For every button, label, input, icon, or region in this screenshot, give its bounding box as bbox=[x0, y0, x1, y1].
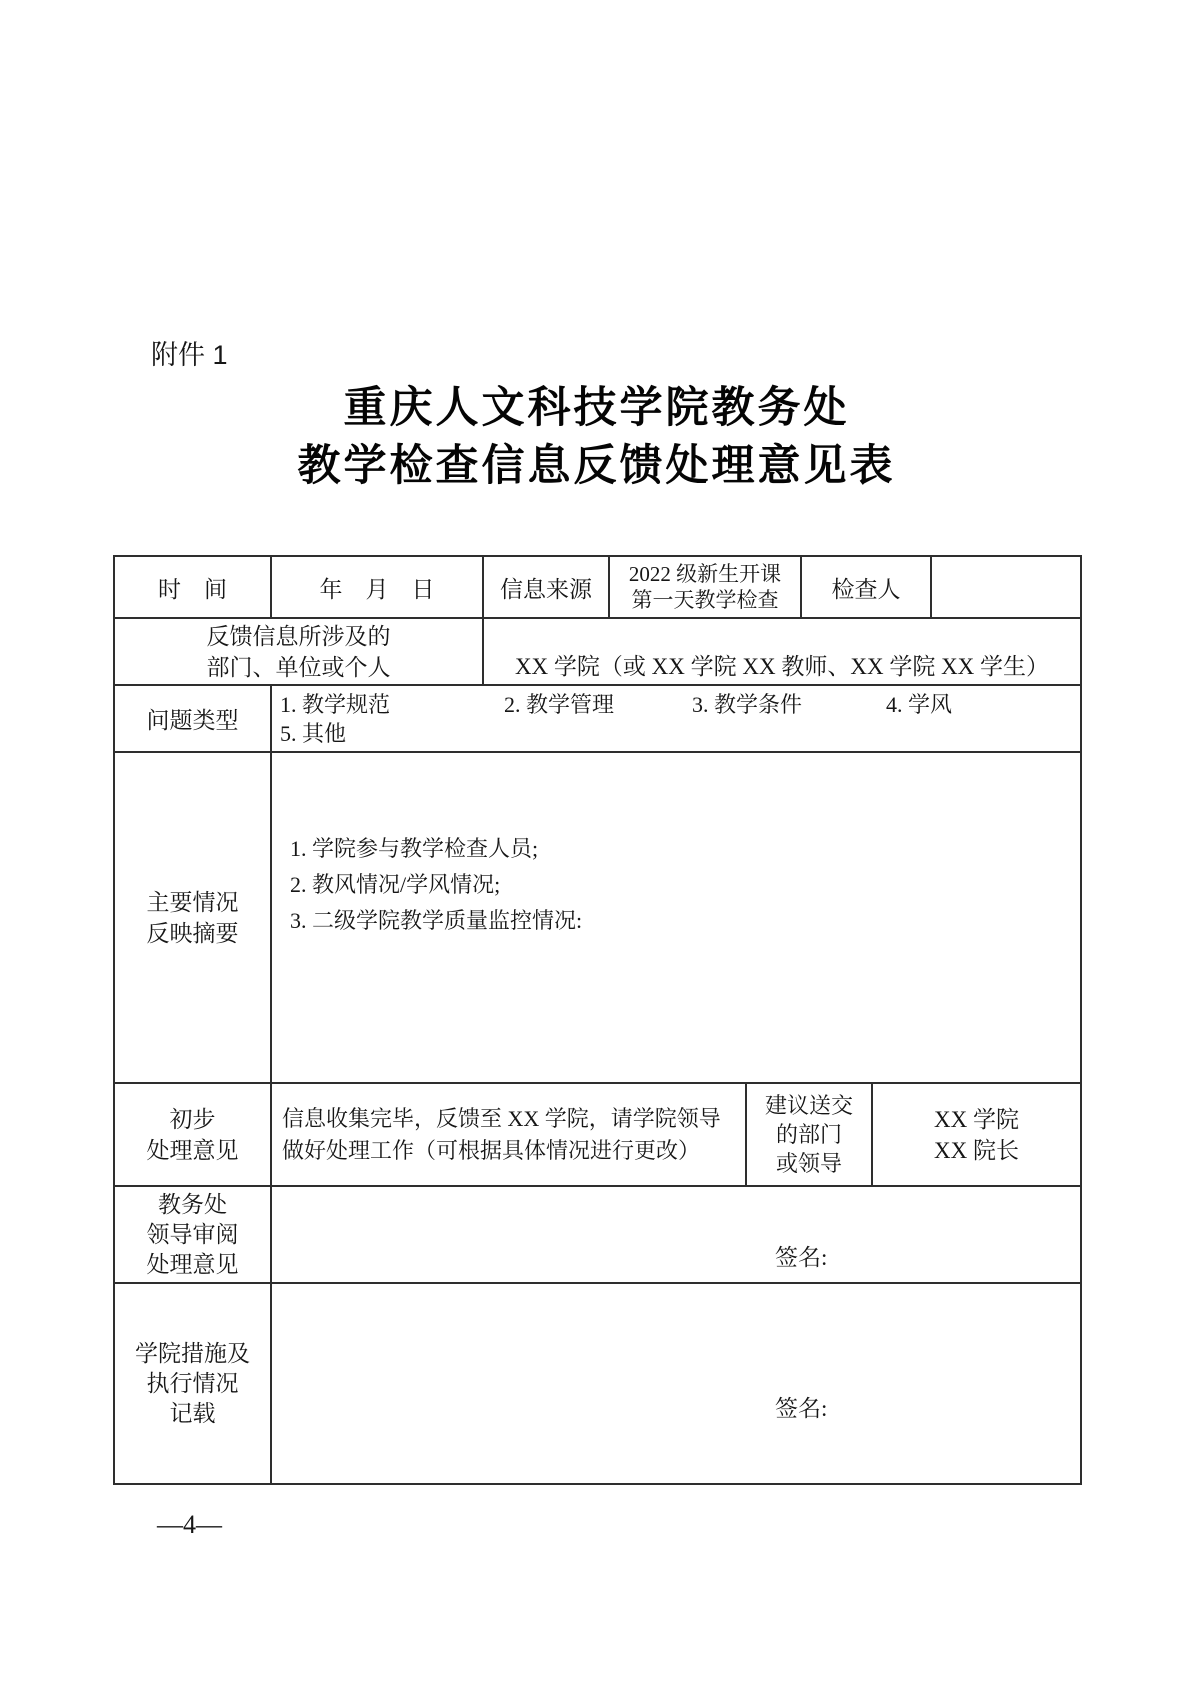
suggest-value-line-1: XX 学院 bbox=[873, 1104, 1080, 1135]
problem-type-options-cell: 1. 教学规范2. 教学管理3. 教学条件4. 学风 5. 其他 bbox=[271, 685, 1081, 752]
dean-review-content-cell: 签名: bbox=[271, 1186, 1081, 1283]
signature-label: 签名: bbox=[775, 1390, 1080, 1423]
option-item-other: 5. 其他 bbox=[280, 719, 1080, 748]
dean-review-label-line-1: 教务处 bbox=[115, 1190, 270, 1220]
feedback-form-table: 时 间 年 月 日 信息来源 2022 级新生开课 第一天教学检查 检查人 反馈… bbox=[113, 555, 1082, 1485]
info-source-value-line-2: 第一天教学检查 bbox=[610, 587, 800, 613]
title-line-1: 重庆人文科技学院教务处 bbox=[113, 380, 1080, 438]
dean-review-label-line-2: 领导审阅 bbox=[115, 1220, 270, 1250]
college-record-content-cell: 签名: bbox=[271, 1283, 1081, 1484]
summary-label-line-2: 反映摘要 bbox=[115, 918, 270, 949]
info-source-value-cell: 2022 级新生开课 第一天教学检查 bbox=[609, 556, 801, 618]
title-line-2: 教学检查信息反馈处理意见表 bbox=[113, 438, 1080, 496]
departments-value-cell: XX 学院（或 XX 学院 XX 教师、XX 学院 XX 学生） bbox=[483, 618, 1081, 685]
row-time: 时 间 年 月 日 信息来源 2022 级新生开课 第一天教学检查 检查人 bbox=[114, 556, 1081, 618]
problem-type-options-line-1: 1. 教学规范2. 教学管理3. 教学条件4. 学风 bbox=[280, 690, 1080, 719]
departments-label-cell: 反馈信息所涉及的 部门、单位或个人 bbox=[114, 618, 483, 685]
signature-label: 签名: bbox=[775, 1239, 1080, 1272]
college-record-label-line-1: 学院措施及 bbox=[115, 1339, 270, 1369]
college-record-label-cell: 学院措施及 执行情况 记载 bbox=[114, 1283, 271, 1484]
departments-label-line-2: 部门、单位或个人 bbox=[115, 652, 482, 683]
suggest-value-line-2: XX 院长 bbox=[873, 1135, 1080, 1166]
initial-opinion-label-cell: 初步 处理意见 bbox=[114, 1083, 271, 1186]
suggest-label-line-3: 或领导 bbox=[747, 1149, 871, 1178]
document-page: 附件 1 重庆人文科技学院教务处 教学检查信息反馈处理意见表 时 间 年 月 日… bbox=[0, 0, 1191, 1684]
summary-content-cell: 1. 学院参与教学检查人员; 2. 教风情况/学风情况; 3. 二级学院教学质量… bbox=[271, 752, 1081, 1083]
info-source-value-line-1: 2022 级新生开课 bbox=[610, 561, 800, 587]
initial-opinion-label-line-2: 处理意见 bbox=[115, 1135, 270, 1166]
time-label-cell: 时 间 bbox=[114, 556, 271, 618]
time-value-cell: 年 月 日 bbox=[271, 556, 483, 618]
option-item-4: 4. 学风 bbox=[886, 690, 952, 719]
row-summary: 主要情况 反映摘要 1. 学院参与教学检查人员; 2. 教风情况/学风情况; 3… bbox=[114, 752, 1081, 1083]
info-source-label-cell: 信息来源 bbox=[483, 556, 609, 618]
problem-type-label-cell: 问题类型 bbox=[114, 685, 271, 752]
summary-item-1: 1. 学院参与教学检查人员; bbox=[290, 831, 1070, 867]
inspector-value-cell bbox=[931, 556, 1081, 618]
college-record-label-line-3: 记载 bbox=[115, 1399, 270, 1429]
summary-item-3: 3. 二级学院教学质量监控情况: bbox=[290, 903, 1070, 939]
row-problem-type: 问题类型 1. 教学规范2. 教学管理3. 教学条件4. 学风 5. 其他 bbox=[114, 685, 1081, 752]
inspector-label-cell: 检查人 bbox=[801, 556, 931, 618]
initial-opinion-label-line-1: 初步 bbox=[115, 1104, 270, 1135]
college-record-label-line-2: 执行情况 bbox=[115, 1369, 270, 1399]
summary-item-2: 2. 教风情况/学风情况; bbox=[290, 867, 1070, 903]
dean-review-label-line-3: 处理意见 bbox=[115, 1250, 270, 1280]
page-title: 重庆人文科技学院教务处 教学检查信息反馈处理意见表 bbox=[113, 380, 1080, 496]
summary-label-cell: 主要情况 反映摘要 bbox=[114, 752, 271, 1083]
suggest-department-value-cell: XX 学院 XX 院长 bbox=[872, 1083, 1081, 1186]
row-departments: 反馈信息所涉及的 部门、单位或个人 XX 学院（或 XX 学院 XX 教师、XX… bbox=[114, 618, 1081, 685]
summary-label-line-1: 主要情况 bbox=[115, 887, 270, 918]
dean-review-label-cell: 教务处 领导审阅 处理意见 bbox=[114, 1186, 271, 1283]
suggest-label-line-1: 建议送交 bbox=[747, 1091, 871, 1120]
departments-label-line-1: 反馈信息所涉及的 bbox=[115, 621, 482, 652]
row-dean-review: 教务处 领导审阅 处理意见 签名: bbox=[114, 1186, 1081, 1283]
option-item-3: 3. 教学条件 bbox=[692, 690, 886, 719]
page-number: —4— bbox=[157, 1510, 222, 1540]
option-item-2: 2. 教学管理 bbox=[504, 690, 692, 719]
suggest-department-label-cell: 建议送交 的部门 或领导 bbox=[746, 1083, 872, 1186]
row-initial-opinion: 初步 处理意见 信息收集完毕，反馈至 XX 学院，请学院领导做好处理工作（可根据… bbox=[114, 1083, 1081, 1186]
initial-opinion-content-cell: 信息收集完毕，反馈至 XX 学院，请学院领导做好处理工作（可根据具体情况进行更改… bbox=[271, 1083, 746, 1186]
row-college-record: 学院措施及 执行情况 记载 签名: bbox=[114, 1283, 1081, 1484]
suggest-label-line-2: 的部门 bbox=[747, 1120, 871, 1149]
attachment-label: 附件 1 bbox=[151, 333, 228, 372]
option-item-1: 1. 教学规范 bbox=[280, 690, 504, 719]
